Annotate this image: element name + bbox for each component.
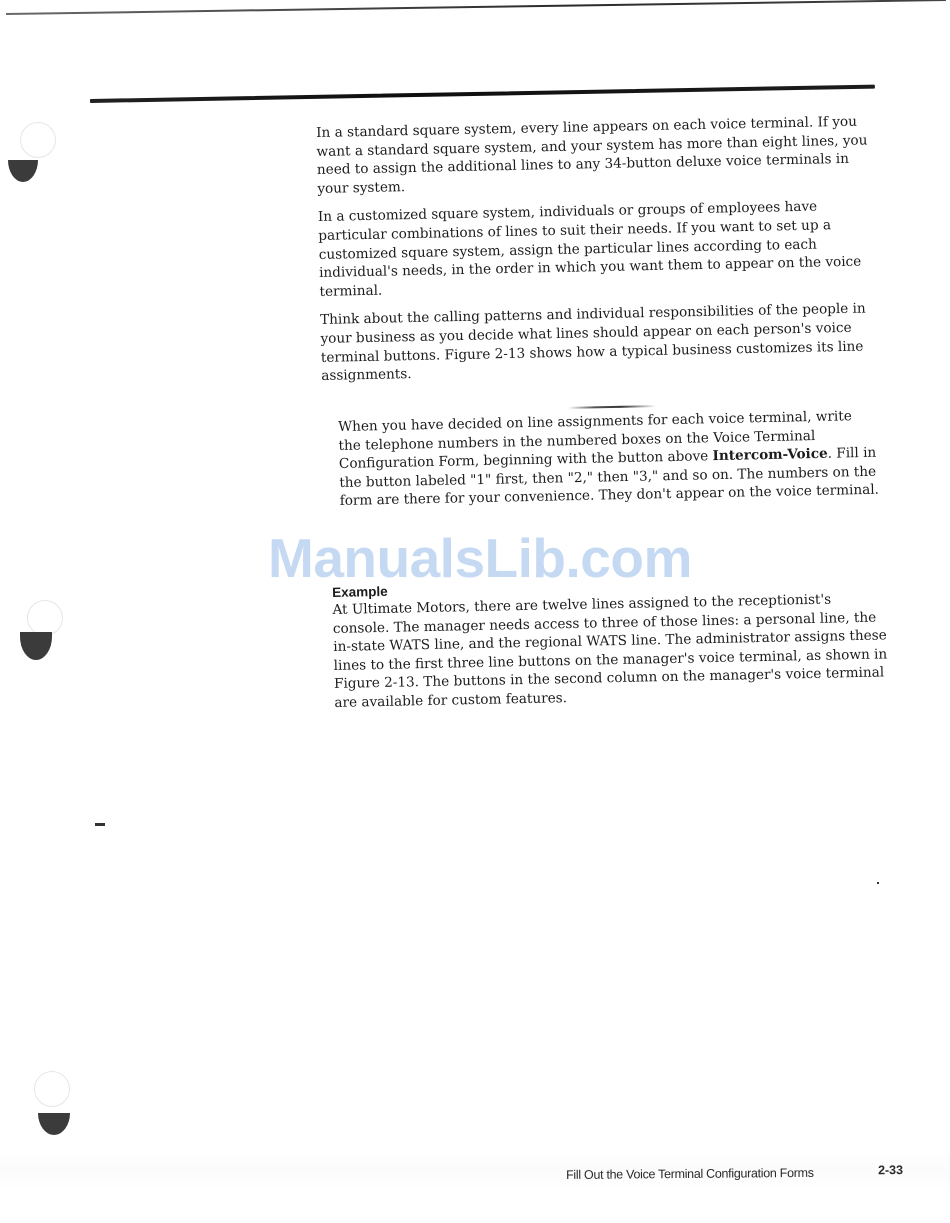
binder-hole-middle	[27, 600, 63, 636]
binder-hole-top	[20, 122, 56, 158]
footer-section-title: Fill Out the Voice Terminal Configuratio…	[566, 1166, 814, 1182]
paragraph-instructions: When you have decided on line assignment…	[338, 407, 880, 511]
example-text: At Ultimate Motors, there are twelve lin…	[332, 589, 889, 712]
binder-hole-shadow-middle	[20, 632, 52, 660]
binder-hole-shadow-top	[8, 160, 38, 182]
binder-hole-bottom	[34, 1071, 70, 1107]
instructions-section: When you have decided on line assignment…	[338, 407, 880, 511]
paragraph-customized-square: In a customized square system, individua…	[318, 197, 880, 302]
scan-speck	[95, 823, 105, 826]
page-footer: Fill Out the Voice Terminal Configuratio…	[566, 1165, 911, 1182]
header-rule	[90, 85, 875, 103]
example-section: Example At Ultimate Motors, there are tw…	[332, 573, 890, 712]
scan-speck	[877, 882, 879, 884]
scan-smudge	[568, 405, 656, 409]
instructions-emphasis: Intercom-Voice	[712, 446, 827, 464]
page-number: 2-33	[878, 1163, 903, 1177]
paragraph-calling-patterns: Think about the calling patterns and ind…	[320, 300, 881, 386]
binder-hole-shadow-bottom	[38, 1113, 70, 1135]
paragraph-standard-square: In a standard square system, every line …	[316, 112, 877, 198]
intro-section: In a standard square system, every line …	[316, 112, 882, 395]
scan-top-edge	[6, 0, 946, 15]
